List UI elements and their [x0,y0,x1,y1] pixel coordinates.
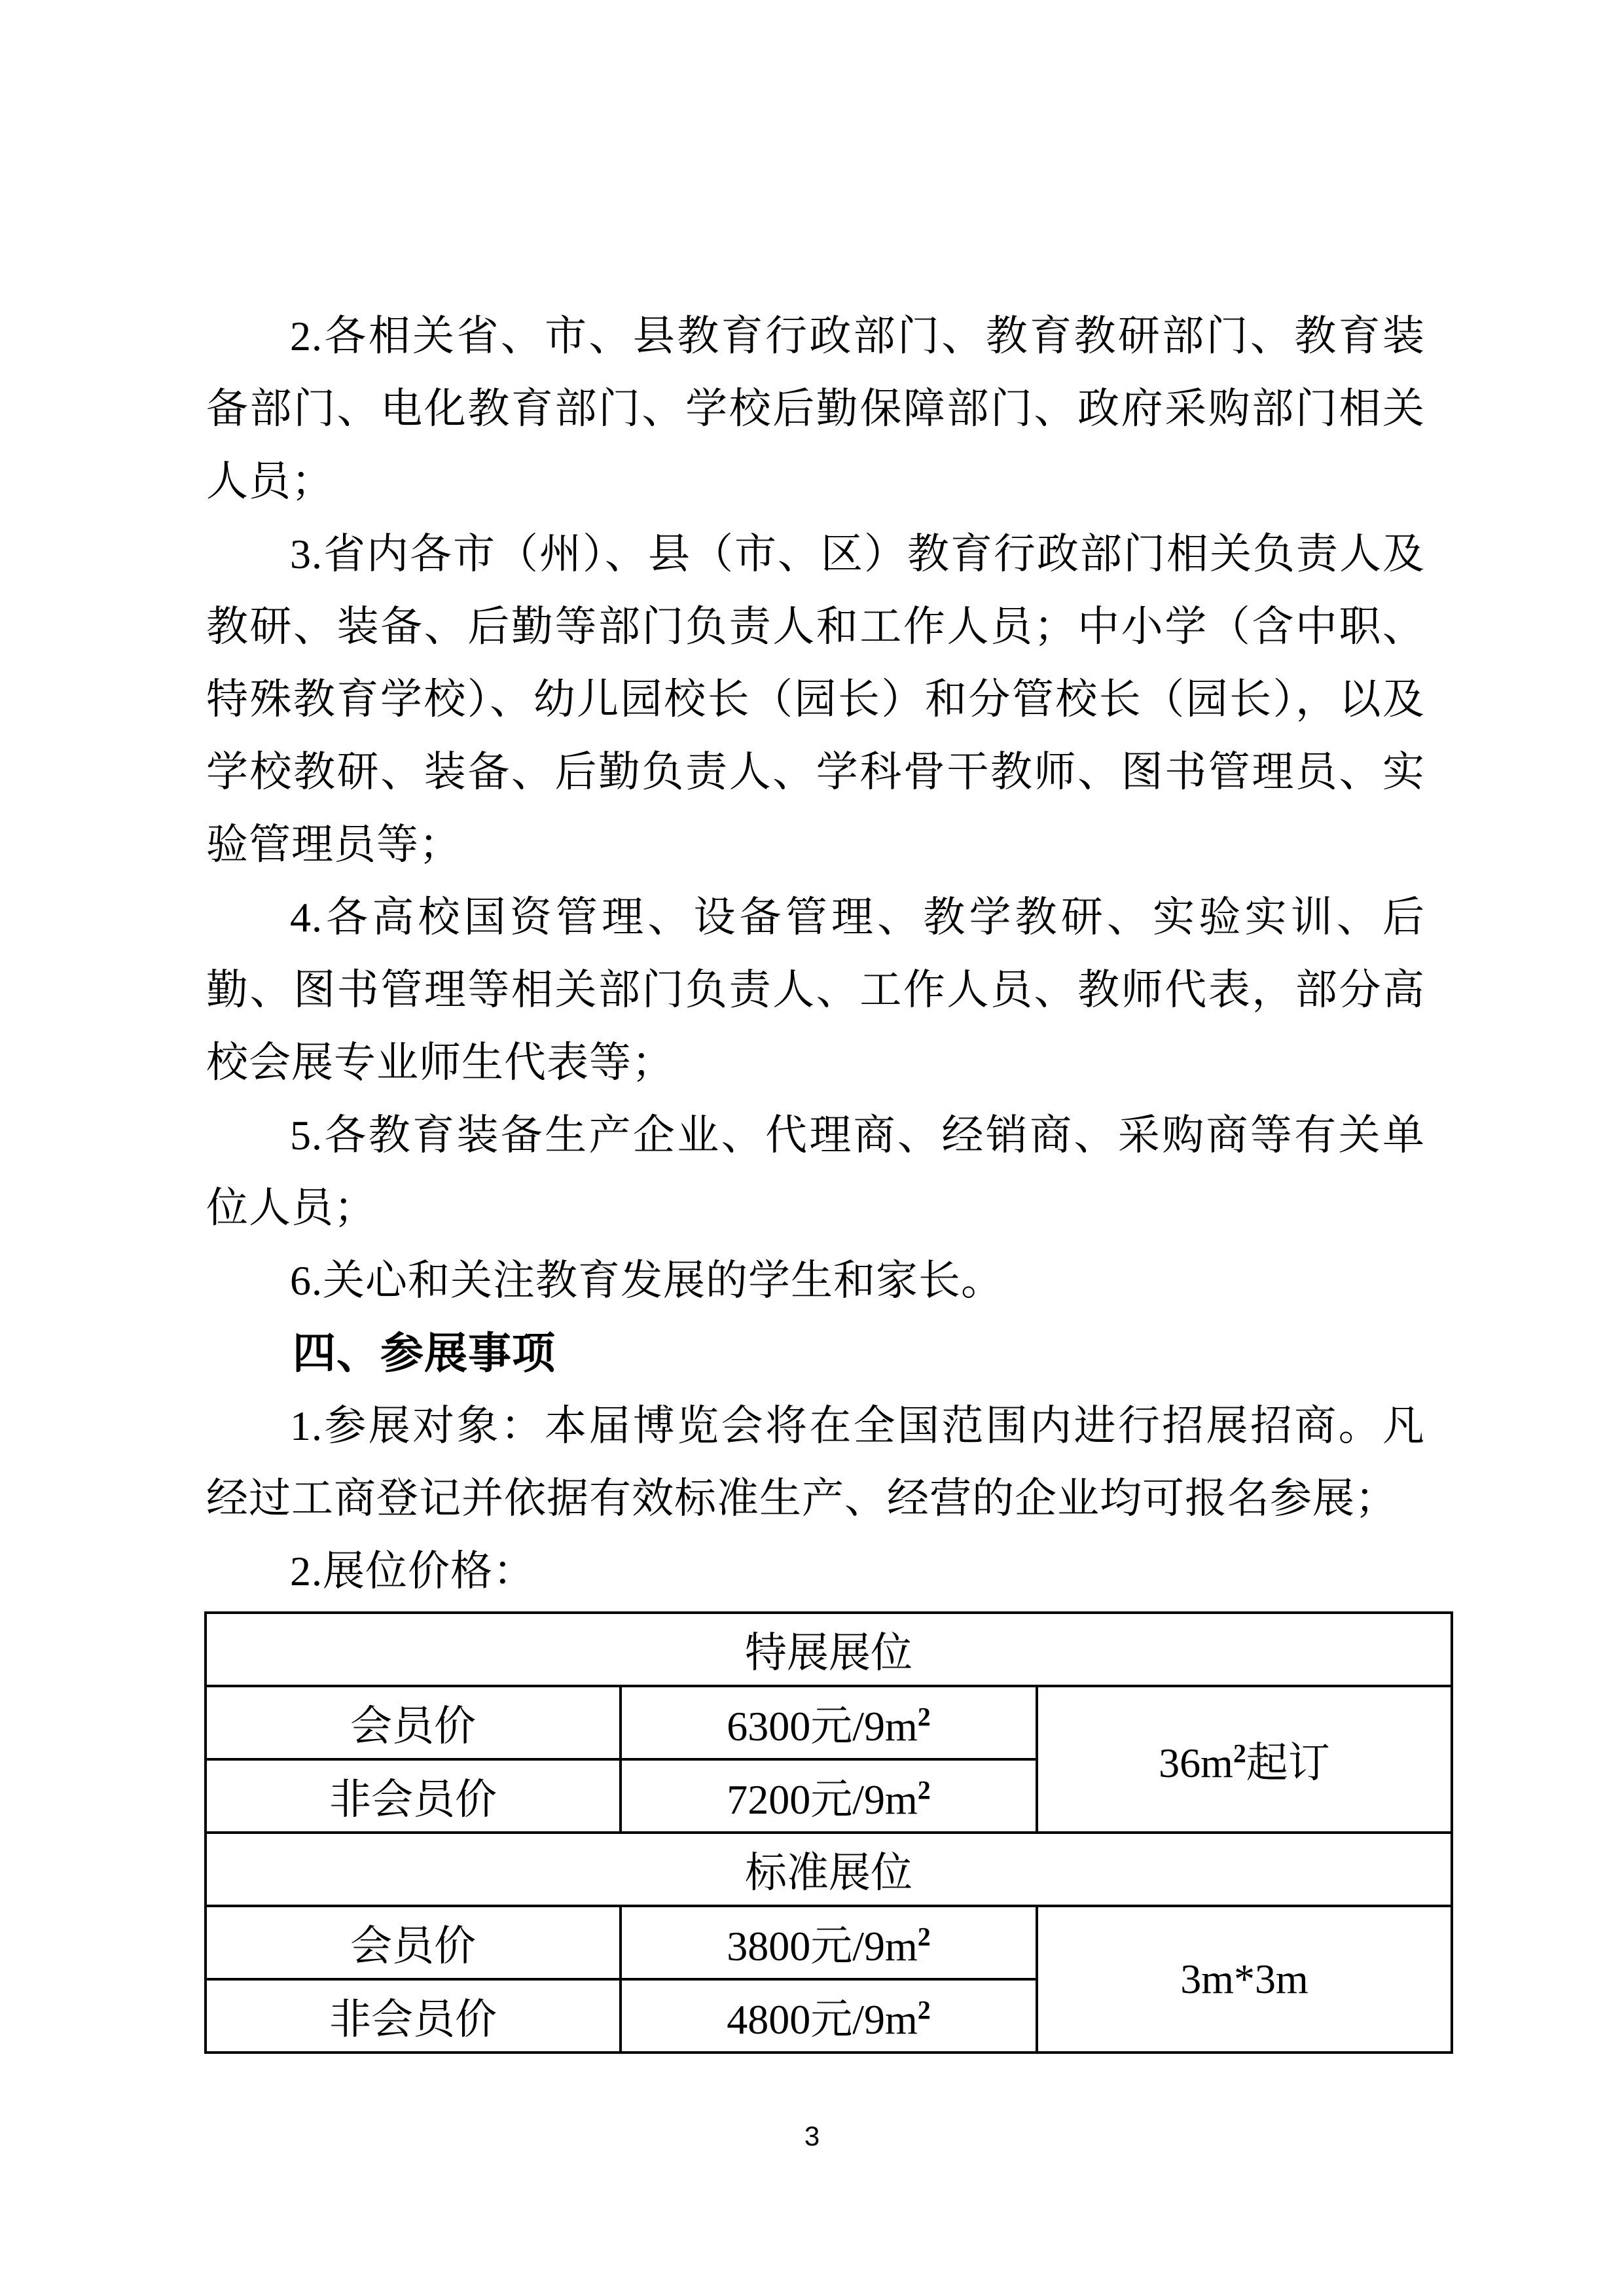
document-body: 2.各相关省、市、县教育行政部门、教育教研部门、教育装备部门、电化教育部门、学校… [206,300,1425,1607]
page-number: 3 [0,2121,1624,2152]
paragraph-exhibit-target: 1.参展对象：本届博览会将在全国范围内进行招展招商。凡经过工商登记并依据有效标准… [206,1390,1425,1535]
price-text: 4800元/9m [727,1996,918,2043]
special-nonmember-price-value-cell: 7200元/9m2 [621,1759,1037,1833]
price-superscript: 2 [918,1776,931,1805]
note-text: 3m*3m [1180,1956,1308,2002]
price-text: 3800元/9m [727,1923,918,1969]
special-nonmember-price-label-cell: 非会员价 [206,1759,621,1833]
note-text-suffix: 起订 [1246,1740,1330,1786]
table-row: 会员价 6300元/9m2 36m2起订 [206,1686,1452,1759]
standard-booth-header-cell: 标准展位 [206,1833,1452,1906]
paragraph-attendees-5: 5.各教育装备生产企业、代理商、经销商、采购商等有关单位人员； [206,1099,1425,1244]
note-superscript: 2 [1233,1740,1246,1768]
section-heading-exhibit-matters: 四、参展事项 [206,1317,1425,1390]
special-member-price-label-cell: 会员价 [206,1686,621,1759]
paragraph-booth-price-intro: 2.展位价格： [206,1535,1425,1607]
price-superscript: 2 [918,1996,931,2025]
paragraph-attendees-2: 2.各相关省、市、县教育行政部门、教育教研部门、教育装备部门、电化教育部门、学校… [206,300,1425,518]
standard-member-price-value-cell: 3800元/9m2 [621,1906,1037,1979]
special-booth-note-cell: 36m2起订 [1037,1686,1452,1833]
table-row-standard-header: 标准展位 [206,1833,1452,1906]
price-text: 6300元/9m [727,1703,918,1749]
special-member-price-value-cell: 6300元/9m2 [621,1686,1037,1759]
booth-price-table: 特展展位 会员价 6300元/9m2 36m2起订 非会员价 7200元/9m2… [204,1611,1453,2054]
paragraph-attendees-6: 6.关心和关注教育发展的学生和家长。 [206,1244,1425,1317]
standard-member-price-label-cell: 会员价 [206,1906,621,1979]
price-text: 7200元/9m [727,1776,918,1823]
price-superscript: 2 [918,1923,931,1952]
note-text: 36m [1159,1740,1233,1786]
standard-nonmember-price-label-cell: 非会员价 [206,1979,621,2053]
document-page: 2.各相关省、市、县教育行政部门、教育教研部门、教育装备部门、电化教育部门、学校… [0,0,1624,2296]
standard-nonmember-price-value-cell: 4800元/9m2 [621,1979,1037,2053]
paragraph-attendees-4: 4.各高校国资管理、设备管理、教学教研、实验实训、后勤、图书管理等相关部门负责人… [206,881,1425,1099]
table-row: 会员价 3800元/9m2 3m*3m [206,1906,1452,1979]
price-superscript: 2 [918,1703,931,1732]
paragraph-attendees-3: 3.省内各市（州）、县（市、区）教育行政部门相关负责人及教研、装备、后勤等部门负… [206,518,1425,881]
special-booth-header-cell: 特展展位 [206,1613,1452,1686]
standard-booth-note-cell: 3m*3m [1037,1906,1452,2053]
table-row-special-header: 特展展位 [206,1613,1452,1686]
